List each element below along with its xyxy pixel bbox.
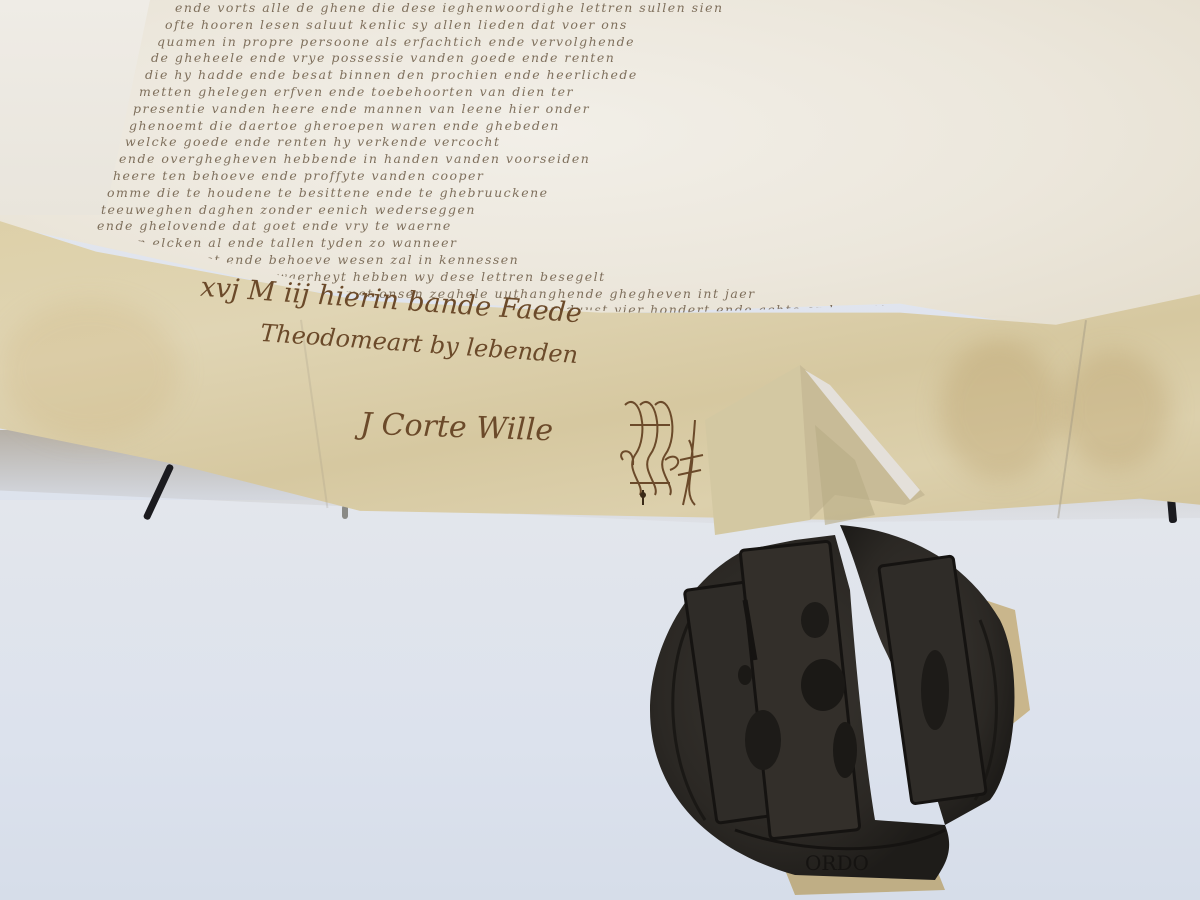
text-line: der waerheyt hebben wy dese lettren bese… bbox=[245, 269, 1200, 286]
text-line: metten ghelegen erfven ende toebehoorten… bbox=[139, 84, 1200, 101]
stain bbox=[0, 300, 180, 440]
notary-flourish-icon bbox=[675, 420, 705, 510]
photo-scene: ende vorts alle de ghene die dese ieghen… bbox=[0, 0, 1200, 900]
text-line: presentie vanden heere ende mannen van l… bbox=[133, 101, 1200, 118]
signature-line-3: J Corte Wille bbox=[359, 407, 553, 449]
text-line: ende vorts alle de ghene die dese ieghen… bbox=[175, 0, 1200, 17]
wax-seal: ORDO bbox=[645, 510, 1030, 895]
text-line: de gheheele ende vrye possessie vanden g… bbox=[151, 50, 1200, 67]
text-line: quamen in propre persoone als erfachtich… bbox=[157, 34, 1200, 51]
stain bbox=[1060, 350, 1170, 470]
text-line: ieghen elcken al ende tallen tyden zo wa… bbox=[95, 235, 1200, 252]
text-line: ghenoemt die daertoe gheroepen waren end… bbox=[129, 118, 1200, 135]
text-line: teeuweghen daghen zonder eenich wederseg… bbox=[101, 202, 1200, 219]
text-line: ofte hooren lesen saluut kenlic sy allen… bbox=[165, 17, 1200, 34]
text-line: welcke goede ende renten hy verkende ver… bbox=[125, 134, 1200, 151]
text-line: ende overghegheven hebbende in handen va… bbox=[119, 151, 1200, 168]
text-line: des noot ende behoeve wesen zal in kenne… bbox=[155, 252, 1200, 269]
text-line: die hy hadde ende besat binnen den proch… bbox=[145, 67, 1200, 84]
seal-legend: ORDO bbox=[805, 851, 869, 875]
text-line: heere ten behoeve ende proffyte vanden c… bbox=[113, 168, 1200, 185]
stain bbox=[940, 340, 1060, 480]
text-line: ende ghelovende dat goet ende vry te wae… bbox=[97, 218, 1200, 235]
text-line: omme die te houdene te besittene ende te… bbox=[107, 185, 1200, 202]
